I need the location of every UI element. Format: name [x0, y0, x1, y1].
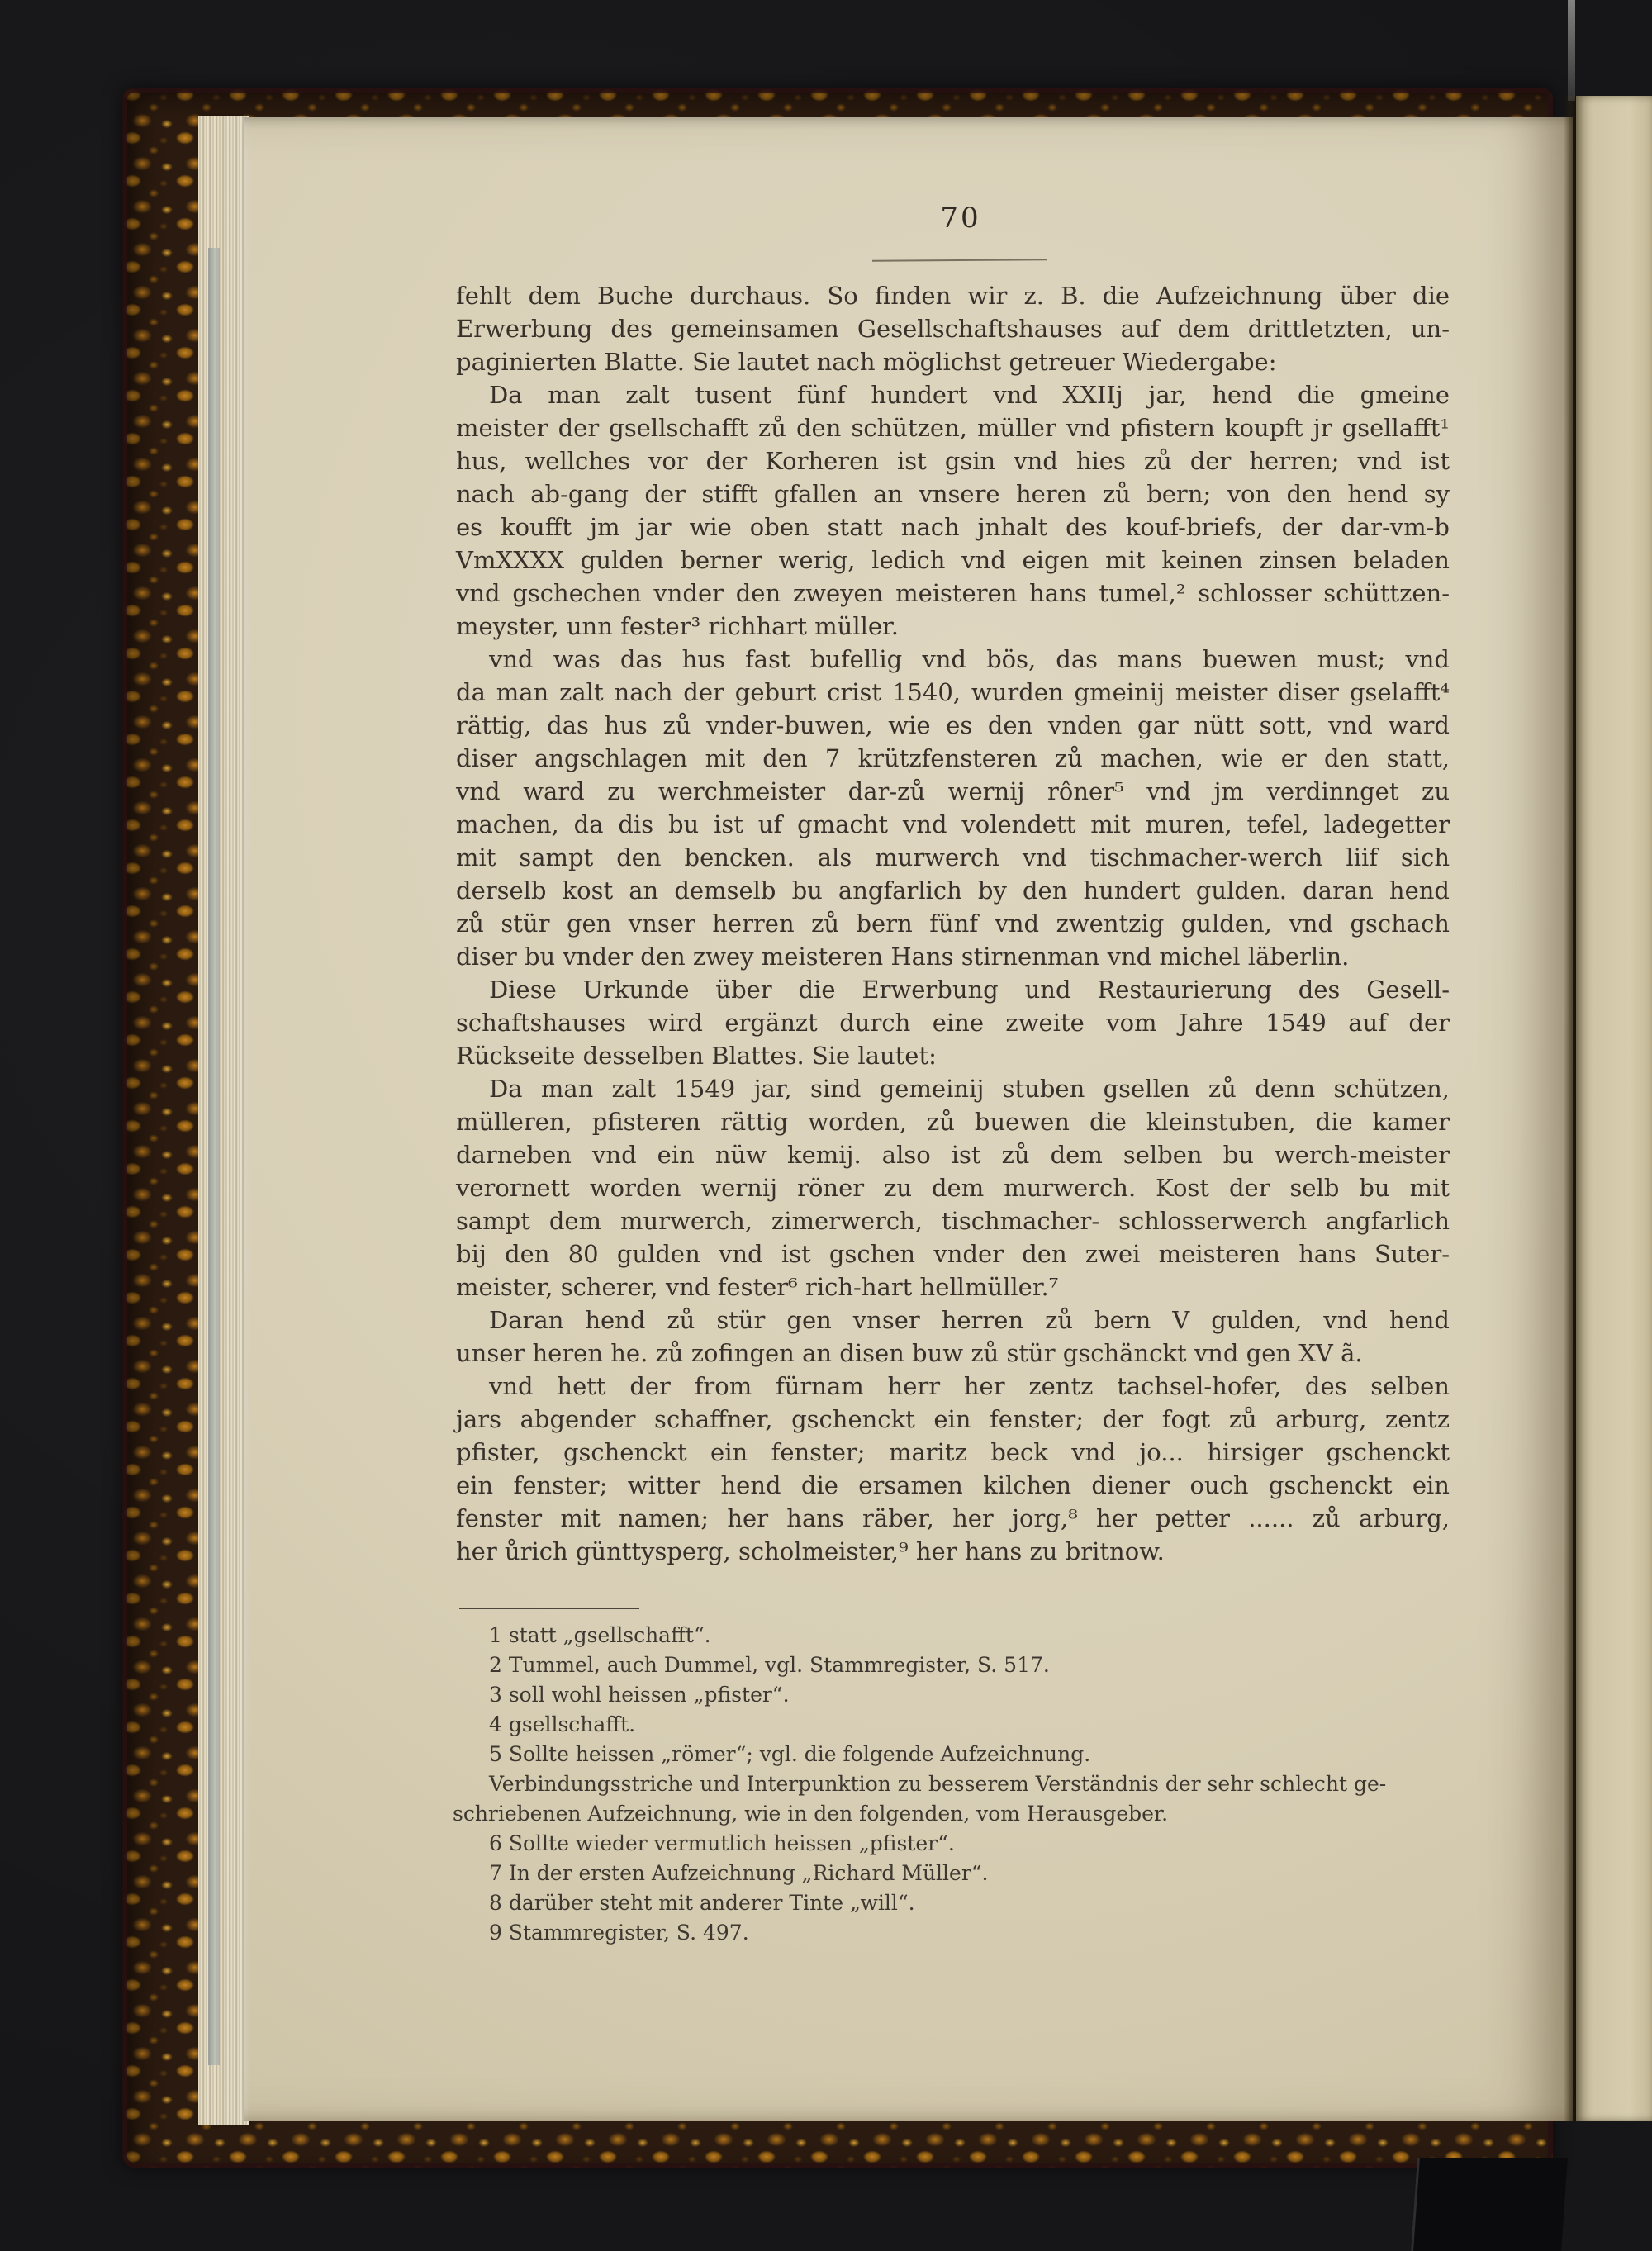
page-edge-blue-stripe: [208, 248, 220, 2065]
footnote-line: schriebenen Aufzeichnung, wie in den fol…: [453, 1799, 1452, 1829]
facing-page-edge: [1576, 96, 1652, 2121]
book-clamp: [1411, 2158, 1568, 2251]
gutter-shadow: [1564, 96, 1577, 2121]
footnote-line: 3 soll wohl heissen „pfister“.: [453, 1680, 1452, 1710]
footnote-line: 2 Tummel, auch Dummel, vgl. Stammregiste…: [453, 1650, 1452, 1680]
page-number: 70: [874, 202, 1047, 235]
text-line: verornett worden wernij röner zu dem mur…: [456, 1171, 1450, 1204]
text-line: rättig, das hus zů vnder-buwen, wie es d…: [456, 709, 1450, 742]
text-line: derselb kost an demselb bu angfarlich by…: [456, 874, 1450, 907]
footnote-line: 1 statt „gsellschafft“.: [453, 1621, 1452, 1650]
body-text: fehlt dem Buche durchaus. So finden wir …: [456, 279, 1450, 1568]
text-line: schaftshauses wird ergänzt durch eine zw…: [456, 1006, 1450, 1039]
text-line: fenster mit namen; her hans räber, her j…: [456, 1502, 1450, 1535]
footnote-line: 8 darüber steht mit anderer Tinte „will“…: [453, 1888, 1452, 1918]
text-line: diser angschlagen mit den 7 krützfenster…: [456, 742, 1450, 775]
footnote-line: 4 gsellschafft.: [453, 1710, 1452, 1740]
text-line: meyster, unn fester³ richhart müller.: [456, 610, 1450, 643]
text-line: vnd hett der from fürnam herr her zentz …: [456, 1370, 1450, 1403]
footnote-line: Verbindungsstriche und Interpunktion zu …: [453, 1769, 1452, 1799]
text-line: mit sampt den bencken. als murwerch vnd …: [456, 841, 1450, 874]
text-line: vnd ward zu werchmeister dar-zů wernij r…: [456, 775, 1450, 808]
text-line: unser heren he. zů zofingen an disen buw…: [456, 1337, 1450, 1370]
footnote-line: 6 Sollte wieder vermutlich heissen „pfis…: [453, 1829, 1452, 1859]
text-line: her ůrich günttysperg, scholmeister,⁹ he…: [456, 1535, 1450, 1568]
footnote-line: 7 In der ersten Aufzeichnung „Richard Mü…: [453, 1859, 1452, 1888]
text-line: machen, da dis bu ist uf gmacht vnd vole…: [456, 808, 1450, 841]
text-line: Da man zalt tusent fünf hundert vnd XXII…: [456, 378, 1450, 411]
text-line: jars abgender schaffner, gschenckt ein f…: [456, 1403, 1450, 1436]
text-line: Daran hend zů stür gen vnser herren zů b…: [456, 1304, 1450, 1337]
text-line: diser bu vnder den zwey meisteren Hans s…: [456, 940, 1450, 973]
text-line: vnd gschechen vnder den zweyen meisteren…: [456, 577, 1450, 610]
text-line: hus, wellches vor der Korheren ist gsin …: [456, 444, 1450, 477]
text-line: VmXXXX gulden berner werig, ledich vnd e…: [456, 544, 1450, 577]
footnotes: 1 statt „gsellschafft“.2 Tummel, auch Du…: [453, 1621, 1452, 1948]
text-line: darneben vnd ein nüw kemij. also ist zů …: [456, 1138, 1450, 1171]
text-line: paginierten Blatte. Sie lautet nach mögl…: [456, 345, 1450, 378]
footnote-line: 9 Stammregister, S. 497.: [453, 1918, 1452, 1948]
text-line: vnd was das hus fast bufellig vnd bös, d…: [456, 643, 1450, 676]
text-line: fehlt dem Buche durchaus. So finden wir …: [456, 279, 1450, 312]
text-line: Rückseite desselben Blattes. Sie lautet:: [456, 1039, 1450, 1072]
text-line: mülleren, pfisteren rättig worden, zů bu…: [456, 1105, 1450, 1138]
text-line: meister, scherer, vnd fester⁶ rich-hart …: [456, 1270, 1450, 1304]
footnote-separator: [459, 1608, 639, 1609]
text-line: bij den 80 gulden vnd ist gschen vnder d…: [456, 1237, 1450, 1270]
text-line: zů stür gen vnser herren zů bern fünf vn…: [456, 907, 1450, 940]
text-line: pfister, gschenckt ein fenster; maritz b…: [456, 1436, 1450, 1469]
text-line: sampt dem murwerch, zimerwerch, tischmac…: [456, 1204, 1450, 1237]
text-line: Diese Urkunde über die Erwerbung und Res…: [456, 973, 1450, 1006]
footnote-line: 5 Sollte heissen „römer“; vgl. die folge…: [453, 1740, 1452, 1769]
text-line: da man zalt nach der geburt crist 1540, …: [456, 676, 1450, 709]
text-line: es koufft jm jar wie oben statt nach jnh…: [456, 511, 1450, 544]
text-line: Da man zalt 1549 jar, sind gemeinij stub…: [456, 1072, 1450, 1105]
text-line: meister der gsellschafft zů den schützen…: [456, 411, 1450, 444]
page-edge-stack: [198, 116, 249, 2125]
text-line: Erwerbung des gemeinsamen Gesellschaftsh…: [456, 312, 1450, 345]
text-line: nach ab-gang der stifft gfallen an vnser…: [456, 477, 1450, 511]
scanner-glass-edge: [1568, 0, 1575, 101]
text-line: ein fenster; witter hend die ersamen kil…: [456, 1469, 1450, 1502]
